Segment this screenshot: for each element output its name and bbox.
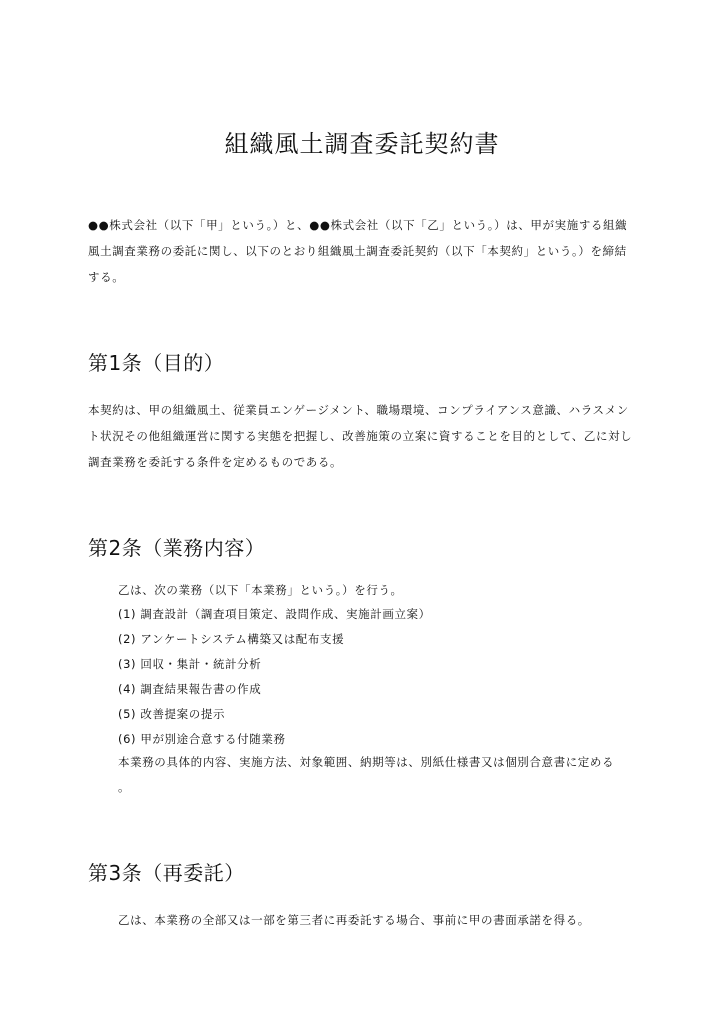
preamble-line-2: 風土調査業務の委託に関し、以下のとおり組織風土調査委託契約（以下「本契約」という… — [88, 244, 627, 258]
article-1-line-3: 調査業務を委託する条件を定めるものである。 — [88, 455, 342, 469]
article-2-item-6: (6) 甲が別途合意する付随業務 — [118, 732, 286, 746]
article-2-item-3: (3) 回収・集計・統計分析 — [118, 657, 261, 671]
article-2-item-2: (2) アンケートシステム構築又は配布支援 — [118, 632, 344, 646]
article-2-closing-line-2: 。 — [118, 780, 130, 794]
article-2-item-5: (5) 改善提案の提示 — [118, 707, 225, 721]
article-2-item-1: (1) 調査設計（調査項目策定、設問作成、実施計画立案） — [118, 607, 431, 621]
preamble-line-1: ●●株式会社（以下「甲」という。）と、●●株式会社（以下「乙」という。）は、甲が… — [88, 218, 627, 232]
article-2-heading: 第2条（業務内容） — [88, 532, 265, 561]
article-2-item-4: (4) 調査結果報告書の作成 — [118, 682, 261, 696]
article-3-heading: 第3条（再委託） — [88, 857, 245, 886]
article-3-line-1: 乙は、本業務の全部又は一部を第三者に再委託する場合、事前に甲の書面承諾を得る。 — [118, 913, 590, 927]
article-1-heading: 第1条（目的） — [88, 347, 224, 376]
article-2-intro: 乙は、次の業務（以下「本業務」という。）を行う。 — [118, 583, 403, 597]
preamble-line-3: する。 — [88, 270, 124, 284]
article-1-line-1: 本契約は、甲の組織風土、従業員エンゲージメント、職場環境、コンプライアンス意識、… — [88, 403, 629, 417]
document-title: 組織風土調査委託契約書 — [0, 124, 724, 159]
article-2-closing-line-1: 本業務の具体的内容、実施方法、対象範囲、納期等は、別紙仕様書又は個別合意書に定め… — [118, 755, 614, 769]
article-1-line-2: ト状況その他組織運営に関する実態を把握し、改善施策の立案に資することを目的として… — [88, 429, 632, 443]
